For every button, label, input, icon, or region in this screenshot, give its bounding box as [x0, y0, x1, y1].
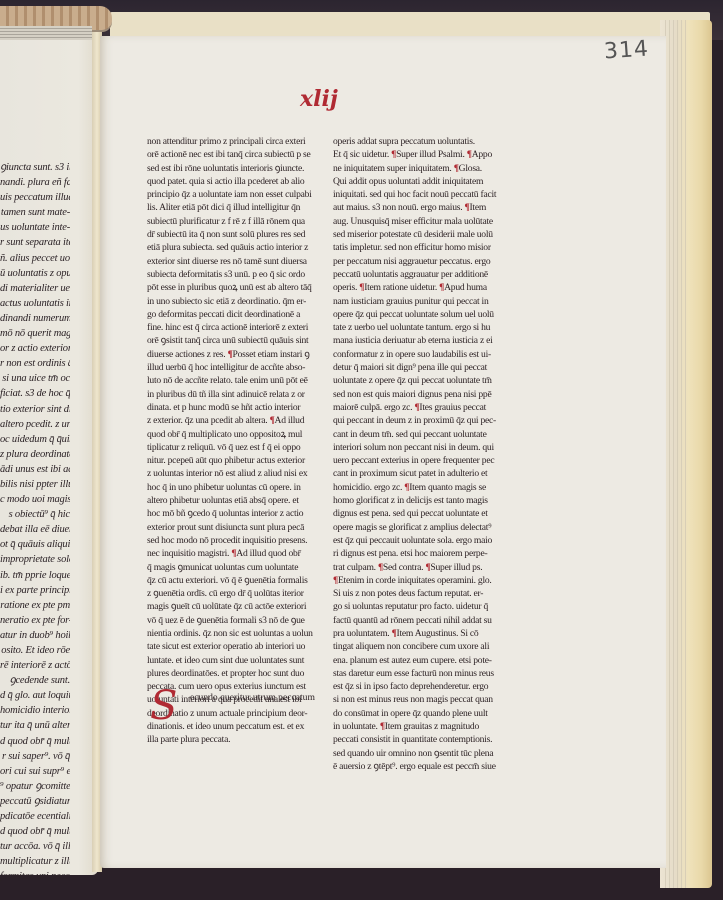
text-line: go si uoluntas reputatur pro facto. uide… — [333, 600, 518, 613]
left-text-line: tur ita q̄ unū alteri — [0, 718, 70, 733]
text-line: stas daretur eum esse facturū non minus … — [333, 667, 518, 680]
left-text-line: nandi. plura eñ fac — [0, 175, 70, 190]
text-line: ¶Etenim in corde iniquitates operamini. … — [333, 574, 518, 587]
text-line: opere q̄z qui peccat uoluntate solum uel… — [333, 308, 518, 321]
left-text-line: peccatū ꝯsidiatur — [0, 794, 70, 809]
text-line: dinata. et p hunc modū se hñt actio inte… — [147, 401, 327, 414]
text-line: aug. Unusquisq̄ miser efficitur mala uol… — [333, 215, 518, 228]
text-line: sed miserior potestate cū desiderii male… — [333, 228, 518, 241]
left-text-line: tamen sunt mate- — [0, 205, 70, 220]
text-line: ē auersio z ꝯtēpt⁹. ergo equale est pecc… — [333, 760, 518, 773]
text-line: sed est ibi rōne uoluntatis interioris ꝯ… — [147, 162, 327, 175]
text-line: luto nō de accñte relato. tale enim unū … — [147, 374, 327, 387]
text-line: Et q̄ sic uidetur. ¶Super illud Psalmi. … — [333, 148, 518, 161]
folio-number: 314 — [603, 36, 650, 64]
left-text-line: osito. Et ideo rōe — [0, 643, 70, 658]
text-line: pra uoluntatem. ¶Item Augustinus. Si cō — [333, 627, 518, 640]
left-text-line: r non est ordinis q̄ — [0, 356, 70, 371]
text-line: magis ꝯueīt cū uolūtate q̄z cū actōe ext… — [147, 600, 327, 613]
left-text-line: improprietate sola — [0, 552, 70, 567]
text-line: tatis impletur. sed non efficitur homo m… — [333, 241, 518, 254]
text-line: hoc mō bñ ꝯcedo q̄ uoluntas interior z a… — [147, 507, 327, 520]
text-line: subiectū plurificatur z f rē z f illā rō… — [147, 215, 327, 228]
text-line: homo glorificat z in delicijs est tanto … — [333, 494, 518, 507]
text-line: etiā plura subiecta. sed quāuis actio in… — [147, 241, 327, 254]
text-line: quod patet. quia si actio illa pcederet … — [147, 175, 327, 188]
left-page-text-column: ꝯiuncta sunt. s3 ibinandi. plura eñ facu… — [0, 160, 70, 885]
text-line: iniquitati. sed qui hoc facit nouū pecca… — [333, 188, 518, 201]
text-line: pōt esse in pluribus quoꝝ unū est ab alt… — [147, 281, 327, 294]
left-text-line: ficiat. s3 de hoc q̄rit — [0, 386, 70, 401]
left-text-line: us uoluntate inte- — [0, 220, 70, 235]
text-line: diuerse actiones z res. ¶Posset etiam in… — [147, 348, 327, 361]
text-line: aut maius. s3 non nouū. ergo maius. ¶Ite… — [333, 201, 518, 214]
left-text-line: neratio ex pte for- — [0, 613, 70, 628]
text-line: non attenditur primo z principali circa … — [147, 135, 327, 148]
left-text-line: oc uidedum q̄ q̄uis — [0, 432, 70, 447]
text-line: ne iniquitatem super iniquitatem. ¶Glosa… — [333, 162, 518, 175]
left-text-line: d quod obr̄ q̄ multi — [0, 734, 70, 749]
text-line: dr̄ subiectū ita q̄ non sunt solū plures… — [147, 228, 327, 241]
text-line: sed hoc modo nō procedit inquisitio pres… — [147, 534, 327, 547]
left-text-line: ādi unus est ibi ac⁹ — [0, 462, 70, 477]
left-page: ꝯiuncta sunt. s3 ibinandi. plura eñ facu… — [0, 40, 98, 875]
text-line: in uno subiecto sic etiā z deordinatio. … — [147, 295, 327, 308]
left-text-line: uis peccatum illud — [0, 190, 70, 205]
left-text-line: s obiectū⁹ q̄ hic — [0, 507, 70, 522]
book-scene: ꝯiuncta sunt. s3 ibinandi. plura eñ facu… — [0, 0, 723, 900]
left-text-line: d q̄ glo. aut loquit — [0, 688, 70, 703]
left-text-line: formitas uni peccati — [0, 869, 70, 884]
left-text-line: atur in duob⁹ hoib⁹ — [0, 628, 70, 643]
left-text-line: ratione ex pte pm — [0, 598, 70, 613]
text-line: luntate. et ideo cum sint due uoluntates… — [147, 654, 327, 667]
page-stack-edge — [660, 20, 712, 888]
text-line: opere magis se glorificat z amplius dele… — [333, 521, 518, 534]
text-line: peccatū uoluntatis aggrauatur per additi… — [333, 268, 518, 281]
text-line: ri dignus est pena. etsi hoc maiorem per… — [333, 547, 518, 560]
text-line: nam iusticiam grauius punitur qui peccat… — [333, 295, 518, 308]
left-text-line: mō nō querit magi — [0, 326, 70, 341]
text-line: sed non est quis maiori dignus pena nisi… — [333, 388, 518, 401]
text-line: mana iusticia deriuatur ab eterna iustic… — [333, 334, 518, 347]
text-line: illa parte plura peccata. — [147, 733, 327, 746]
left-text-line: bilis nisi ppter illu — [0, 477, 70, 492]
left-text-line: altero pcedit. z unū — [0, 417, 70, 432]
text-line: principio q̄z a uoluntate iam non esset … — [147, 188, 327, 201]
text-line: z exterior. q̄z una pcedit ab altera. ¶A… — [147, 414, 327, 427]
text-line: exterior prout sunt disiuncta sunt plura… — [147, 521, 327, 534]
text-line: Si uis z non potes deus factum reputat. … — [333, 587, 518, 600]
text-line: tiplicatur z reliquū. vō q̄ uez est f q̄… — [147, 441, 327, 454]
text-line: si non est minus reus non magis peccat q… — [333, 693, 518, 706]
left-text-line: homicidio interiori — [0, 703, 70, 718]
text-line: hoc q̄ in uno phibetur uoluntas cū opere… — [147, 481, 327, 494]
left-text-line: r sunt separata ita — [0, 235, 70, 250]
text-line: interiori solum non peccant nisi in deum… — [333, 441, 518, 454]
left-text-line: rē interiorē z actōes — [0, 658, 70, 673]
left-text-line: si una uice tm̄ oc — [0, 371, 70, 386]
text-line: tate z uerbo uel uoluntate tantum. ergo … — [333, 321, 518, 334]
text-line: cant in proximum sicut patet in adulteri… — [333, 467, 518, 480]
text-line: est q̄z qui peccauit uoluntate sola. erg… — [333, 534, 518, 547]
text-line: do consūmat in opere q̄z quando plene uu… — [333, 707, 518, 720]
text-line: cant in deum tm̄. sed qui peccant uolunt… — [333, 428, 518, 441]
left-text-line: i ex parte principij — [0, 583, 70, 598]
text-line: nientia ordinis. q̄z non sic est uolunta… — [147, 627, 327, 640]
text-line: trat culpam. ¶Sed contra. ¶Super illud p… — [333, 561, 518, 574]
text-line: peccati consistit in quantitate contempt… — [333, 733, 518, 746]
text-line: orē actionē nec est ibi tanq̄ circa subi… — [147, 148, 327, 161]
text-line: maiorē culpā. ergo zc. ¶Ites grauius pec… — [333, 401, 518, 414]
text-line: homicidio. ergo zc. ¶Item quanto magis s… — [333, 481, 518, 494]
text-line: qui peccant in deum z in proximū q̄z qui… — [333, 414, 518, 427]
text-line: z ꝯuenētia ordīs. cū ergo dr̄ q̄ uolūtas… — [147, 587, 327, 600]
text-line: in pluribus dū tñ illa sint adinuicē rel… — [147, 388, 327, 401]
text-line: operis addat supra peccatum uoluntatis. — [333, 135, 518, 148]
text-line: nec inquisitio magistri. ¶Ad illud quod … — [147, 547, 327, 560]
text-line: Qui addit opus uoluntati addit iniquitat… — [333, 175, 518, 188]
text-line: uoluntate z opere q̄z qui peccat uolunta… — [333, 374, 518, 387]
text-line: vō q̄ uez ē de ꝯuenētia formali s3 nō de… — [147, 614, 327, 627]
text-line: dignus est pena. sed qui peccat uoluntat… — [333, 507, 518, 520]
left-text-line: multiplicatur z illud — [0, 854, 70, 869]
section-opening-line: ecundo queritur utrum peccatum — [190, 692, 315, 703]
left-text-line: d quod obr̄ q̄ mult — [0, 824, 70, 839]
left-text-line: ot q̄ quāuis aliquid — [0, 537, 70, 552]
text-line: conformatur z in opere suo laudabilis es… — [333, 348, 518, 361]
text-line: nitur. pcepeū aūt quo phibetur actus ext… — [147, 454, 327, 467]
text-line: per peccatum nisi aggrauetur peccatus. e… — [333, 255, 518, 268]
left-text-line: ib. tm̄ pprie loquen — [0, 568, 70, 583]
rubricated-initial: S — [150, 686, 177, 726]
left-text-line: z plura deordinata — [0, 447, 70, 462]
running-head: xlij — [300, 86, 338, 112]
text-line: in uoluntate. ¶Item grauitas z magnitudo — [333, 720, 518, 733]
text-line: fine. hinc est q̄ circa actionē interior… — [147, 321, 327, 334]
text-line: lis. Aliter etiā pōt dici q̄ illud intel… — [147, 201, 327, 214]
left-text-line: debat illa eē diuersa — [0, 522, 70, 537]
text-line: tate sicut est exterior operatio ab inte… — [147, 640, 327, 653]
text-line: go deformitas peccati dicit deordination… — [147, 308, 327, 321]
text-line: illud uerbū q̄ hoc intelligitur de accñt… — [147, 361, 327, 374]
text-line: operis. ¶Item ratione uidetur. ¶Apud hum… — [333, 281, 518, 294]
text-line: detur q̄ maiori sit dign⁹ pena ille qui … — [333, 361, 518, 374]
left-text-line: ori cui sui supr⁹ est — [0, 764, 70, 779]
text-line: q̄ magis ꝯmunicat uoluntas cum uoluntate — [147, 561, 327, 574]
text-line: plures deordinatōes. et propter hoc sunt… — [147, 667, 327, 680]
text-line: ena. planum est autez eum cupere. etsi p… — [333, 654, 518, 667]
text-line: subiecta deformitatis s3 unū. p eo q̄ si… — [147, 268, 327, 281]
text-line: est q̄z si in ipso facto deprehenderetur… — [333, 680, 518, 693]
left-text-line: ⁹ opatur ꝯcomitter — [0, 779, 70, 794]
text-column-left: non attenditur primo z principali circa … — [147, 135, 327, 747]
text-line: z uoluntas interior nō est aliud z aliud… — [147, 467, 327, 480]
left-text-line: pdicatōe ecentiali s3 — [0, 809, 70, 824]
text-column-right: operis addat supra peccatum uoluntatis.E… — [333, 135, 518, 773]
left-text-line: r sui saper⁹. vō q̄ — [0, 749, 70, 764]
left-text-line: or z actio exterior — [0, 341, 70, 356]
text-line: altero phibetur uoluntas etiā absq̄ oper… — [147, 494, 327, 507]
text-line: quod obr̄ q̄ multiplicato uno oppositoꝝ … — [147, 428, 327, 441]
text-line: tingat aliquem non concibere cum uxore a… — [333, 640, 518, 653]
text-line: sed quando uir omnino non ꝯsentit tūc pl… — [333, 747, 518, 760]
text-line: factū quantū ad rōnem peccati nihil adda… — [333, 614, 518, 627]
left-text-line: ū uoluntatis z opus — [0, 266, 70, 281]
left-text-line: actus uoluntatis in — [0, 296, 70, 311]
left-text-line: ꝯiuncta sunt. s3 ibi — [0, 160, 70, 175]
left-text-line: c modo uoi magis — [0, 492, 70, 507]
left-text-line: ñ. alius peccet uo- — [0, 251, 70, 266]
left-text-line: tio exterior sint di- — [0, 402, 70, 417]
text-line: orē ꝯsistit tanq̄ circa unū subiectū quā… — [147, 334, 327, 347]
left-text-line: ꝯcedende sunt. — [0, 673, 70, 688]
left-text-line: dinandi numerum — [0, 311, 70, 326]
left-text-line: di materialiter ueri — [0, 281, 70, 296]
text-line: uero peccant exterius in opere frequente… — [333, 454, 518, 467]
text-line: exterior sint diuerse res nō tamē sunt d… — [147, 255, 327, 268]
text-line: q̄z cū actu exteriori. vō q̄ ē ꝯuenētia … — [147, 574, 327, 587]
left-text-line: tur accōa. vō q̄ illd — [0, 839, 70, 854]
